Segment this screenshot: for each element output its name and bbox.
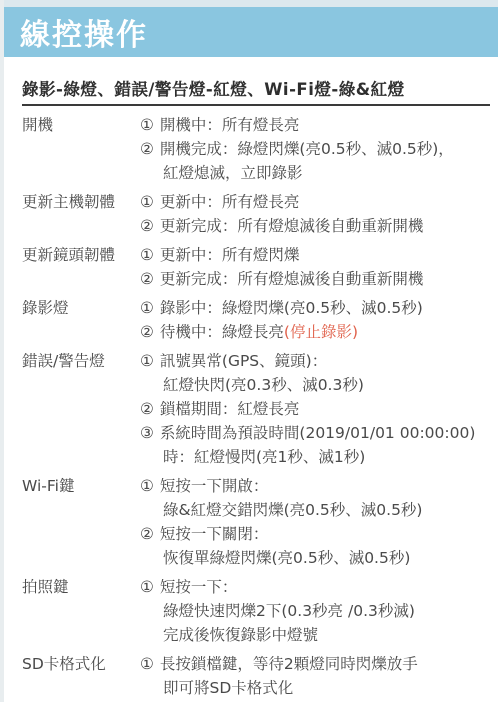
page-content: 錄影-綠燈、錯誤/警告燈-紅燈、Wi-Fi燈-綠&紅燈 開機①開機中：所有燈長亮… <box>4 76 498 700</box>
item-number: ② <box>140 525 154 543</box>
top-strip <box>4 0 498 7</box>
desc-line: ①更新中：所有燈長亮 <box>140 190 490 214</box>
desc-text: 開機中：所有燈長亮 <box>160 116 300 134</box>
desc-line: 恢復單綠燈閃爍(亮0.5秒、滅0.5秒) <box>140 546 490 570</box>
desc-line: ②更新完成：所有燈熄滅後自動重新開機 <box>140 267 490 291</box>
row-label: 更新主機韌體 <box>22 190 140 238</box>
desc-text: 短按一下： <box>160 578 238 596</box>
desc-text: 綠&紅燈交錯閃爍(亮0.5秒、滅0.5秒) <box>163 501 422 519</box>
table-row: 更新主機韌體①更新中：所有燈長亮②更新完成：所有燈熄滅後自動重新開機 <box>22 190 490 238</box>
desc-line: ①短按一下： <box>140 575 490 599</box>
desc-line: 紅燈快閃(亮0.3秒、滅0.3秒) <box>140 373 490 397</box>
desc-text: 錄影中：綠燈閃爍(亮0.5秒、滅0.5秒) <box>160 299 423 317</box>
item-number: ① <box>140 578 154 596</box>
desc-line: 完成後恢復錄影中燈號 <box>140 623 490 647</box>
desc-line: ①更新中：所有燈閃爍 <box>140 243 490 267</box>
table-row: 開機①開機中：所有燈長亮②開機完成：綠燈閃爍(亮0.5秒、滅0.5秒)，紅燈熄滅… <box>22 113 490 185</box>
desc-line: ①短按一下開啟： <box>140 474 490 498</box>
desc-text: 紅燈快閃(亮0.3秒、滅0.3秒) <box>163 376 364 394</box>
desc-line: ①訊號異常(GPS、鏡頭)： <box>140 349 490 373</box>
item-number: ① <box>140 193 154 211</box>
item-number: ① <box>140 477 154 495</box>
desc-text: 紅燈熄滅，立即錄影 <box>163 164 303 182</box>
desc-text: 訊號異常(GPS、鏡頭)： <box>160 352 327 370</box>
divider-rule <box>22 104 490 106</box>
row-label: SD卡格式化 <box>22 652 140 700</box>
item-number: ① <box>140 246 154 264</box>
desc-line: 時：紅燈慢閃(亮1秒、滅1秒) <box>140 445 490 469</box>
desc-line: 紅燈熄滅，立即錄影 <box>140 161 490 185</box>
desc-line: ②待機中：綠燈長亮(停止錄影) <box>140 320 490 344</box>
row-description: ①短按一下：綠燈快速閃爍2下(0.3秒亮 /0.3秒滅)完成後恢復錄影中燈號 <box>140 575 490 647</box>
page-title: 線控操作 <box>20 10 148 54</box>
table-row: Wi-Fi鍵①短按一下開啟：綠&紅燈交錯閃爍(亮0.5秒、滅0.5秒)②短按一下… <box>22 474 490 570</box>
row-description: ①訊號異常(GPS、鏡頭)：紅燈快閃(亮0.3秒、滅0.3秒)②鎖檔期間：紅燈長… <box>140 349 490 469</box>
desc-line: ①錄影中：綠燈閃爍(亮0.5秒、滅0.5秒) <box>140 296 490 320</box>
item-number: ③ <box>140 424 154 442</box>
desc-text: 時：紅燈慢閃(亮1秒、滅1秒) <box>163 448 365 466</box>
desc-line: ②鎖檔期間：紅燈長亮 <box>140 397 490 421</box>
item-number: ① <box>140 352 154 370</box>
table-row: 錄影燈①錄影中：綠燈閃爍(亮0.5秒、滅0.5秒)②待機中：綠燈長亮(停止錄影) <box>22 296 490 344</box>
manual-page: 線控操作 錄影-綠燈、錯誤/警告燈-紅燈、Wi-Fi燈-綠&紅燈 開機①開機中：… <box>0 0 498 702</box>
desc-line: 即可將SD卡格式化 <box>140 676 490 700</box>
desc-line: ②開機完成：綠燈閃爍(亮0.5秒、滅0.5秒)， <box>140 137 490 161</box>
table-row: 更新鏡頭韌體①更新中：所有燈閃爍②更新完成：所有燈熄滅後自動重新開機 <box>22 243 490 291</box>
desc-text: 短按一下關閉： <box>160 525 269 543</box>
led-status-table: 開機①開機中：所有燈長亮②開機完成：綠燈閃爍(亮0.5秒、滅0.5秒)，紅燈熄滅… <box>22 113 490 700</box>
row-label: 更新鏡頭韌體 <box>22 243 140 291</box>
row-description: ①開機中：所有燈長亮②開機完成：綠燈閃爍(亮0.5秒、滅0.5秒)，紅燈熄滅，立… <box>140 113 490 185</box>
desc-text: 開機完成：綠燈閃爍(亮0.5秒、滅0.5秒)， <box>160 140 454 158</box>
page-header-banner: 線控操作 <box>4 7 498 57</box>
legend-subtitle: 錄影-綠燈、錯誤/警告燈-紅燈、Wi-Fi燈-綠&紅燈 <box>22 76 490 100</box>
desc-text: 更新中：所有燈閃爍 <box>160 246 300 264</box>
table-row: 錯誤/警告燈①訊號異常(GPS、鏡頭)：紅燈快閃(亮0.3秒、滅0.3秒)②鎖檔… <box>22 349 490 469</box>
desc-text: 鎖檔期間：紅燈長亮 <box>160 400 300 418</box>
desc-line: ②短按一下關閉： <box>140 522 490 546</box>
desc-line: 綠&紅燈交錯閃爍(亮0.5秒、滅0.5秒) <box>140 498 490 522</box>
desc-text: 更新完成：所有燈熄滅後自動重新開機 <box>160 270 424 288</box>
row-description: ①長按鎖檔鍵，等待2顆燈同時閃爍放手即可將SD卡格式化 <box>140 652 490 700</box>
desc-text: 待機中：綠燈長亮 <box>160 323 284 341</box>
desc-text: 短按一下開啟： <box>160 477 269 495</box>
item-number: ① <box>140 655 154 673</box>
row-description: ①錄影中：綠燈閃爍(亮0.5秒、滅0.5秒)②待機中：綠燈長亮(停止錄影) <box>140 296 490 344</box>
desc-line: ②更新完成：所有燈熄滅後自動重新開機 <box>140 214 490 238</box>
desc-text: 長按鎖檔鍵，等待2顆燈同時閃爍放手 <box>160 655 418 673</box>
item-number: ① <box>140 299 154 317</box>
item-number: ② <box>140 400 154 418</box>
desc-text: 更新中：所有燈長亮 <box>160 193 300 211</box>
row-description: ①更新中：所有燈長亮②更新完成：所有燈熄滅後自動重新開機 <box>140 190 490 238</box>
item-number: ② <box>140 323 154 341</box>
alert-red-text: (停止錄影) <box>284 323 358 341</box>
desc-text: 更新完成：所有燈熄滅後自動重新開機 <box>160 217 424 235</box>
row-label: Wi-Fi鍵 <box>22 474 140 570</box>
row-description: ①短按一下開啟：綠&紅燈交錯閃爍(亮0.5秒、滅0.5秒)②短按一下關閉：恢復單… <box>140 474 490 570</box>
desc-text: 恢復單綠燈閃爍(亮0.5秒、滅0.5秒) <box>163 549 410 567</box>
desc-text: 系統時間為預設時間(2019/01/01 00:00:00) <box>160 424 475 442</box>
row-label: 開機 <box>22 113 140 185</box>
table-row: 拍照鍵①短按一下：綠燈快速閃爍2下(0.3秒亮 /0.3秒滅)完成後恢復錄影中燈… <box>22 575 490 647</box>
desc-text: 綠燈快速閃爍2下(0.3秒亮 /0.3秒滅) <box>163 602 415 620</box>
desc-line: ③系統時間為預設時間(2019/01/01 00:00:00) <box>140 421 490 445</box>
table-row: SD卡格式化①長按鎖檔鍵，等待2顆燈同時閃爍放手即可將SD卡格式化 <box>22 652 490 700</box>
desc-line: ①開機中：所有燈長亮 <box>140 113 490 137</box>
row-label: 錯誤/警告燈 <box>22 349 140 469</box>
item-number: ② <box>140 270 154 288</box>
row-label: 拍照鍵 <box>22 575 140 647</box>
item-number: ② <box>140 217 154 235</box>
item-number: ② <box>140 140 154 158</box>
desc-line: ①長按鎖檔鍵，等待2顆燈同時閃爍放手 <box>140 652 490 676</box>
desc-text: 即可將SD卡格式化 <box>163 679 293 697</box>
item-number: ① <box>140 116 154 134</box>
row-description: ①更新中：所有燈閃爍②更新完成：所有燈熄滅後自動重新開機 <box>140 243 490 291</box>
desc-line: 綠燈快速閃爍2下(0.3秒亮 /0.3秒滅) <box>140 599 490 623</box>
row-label: 錄影燈 <box>22 296 140 344</box>
desc-text: 完成後恢復錄影中燈號 <box>163 626 318 644</box>
